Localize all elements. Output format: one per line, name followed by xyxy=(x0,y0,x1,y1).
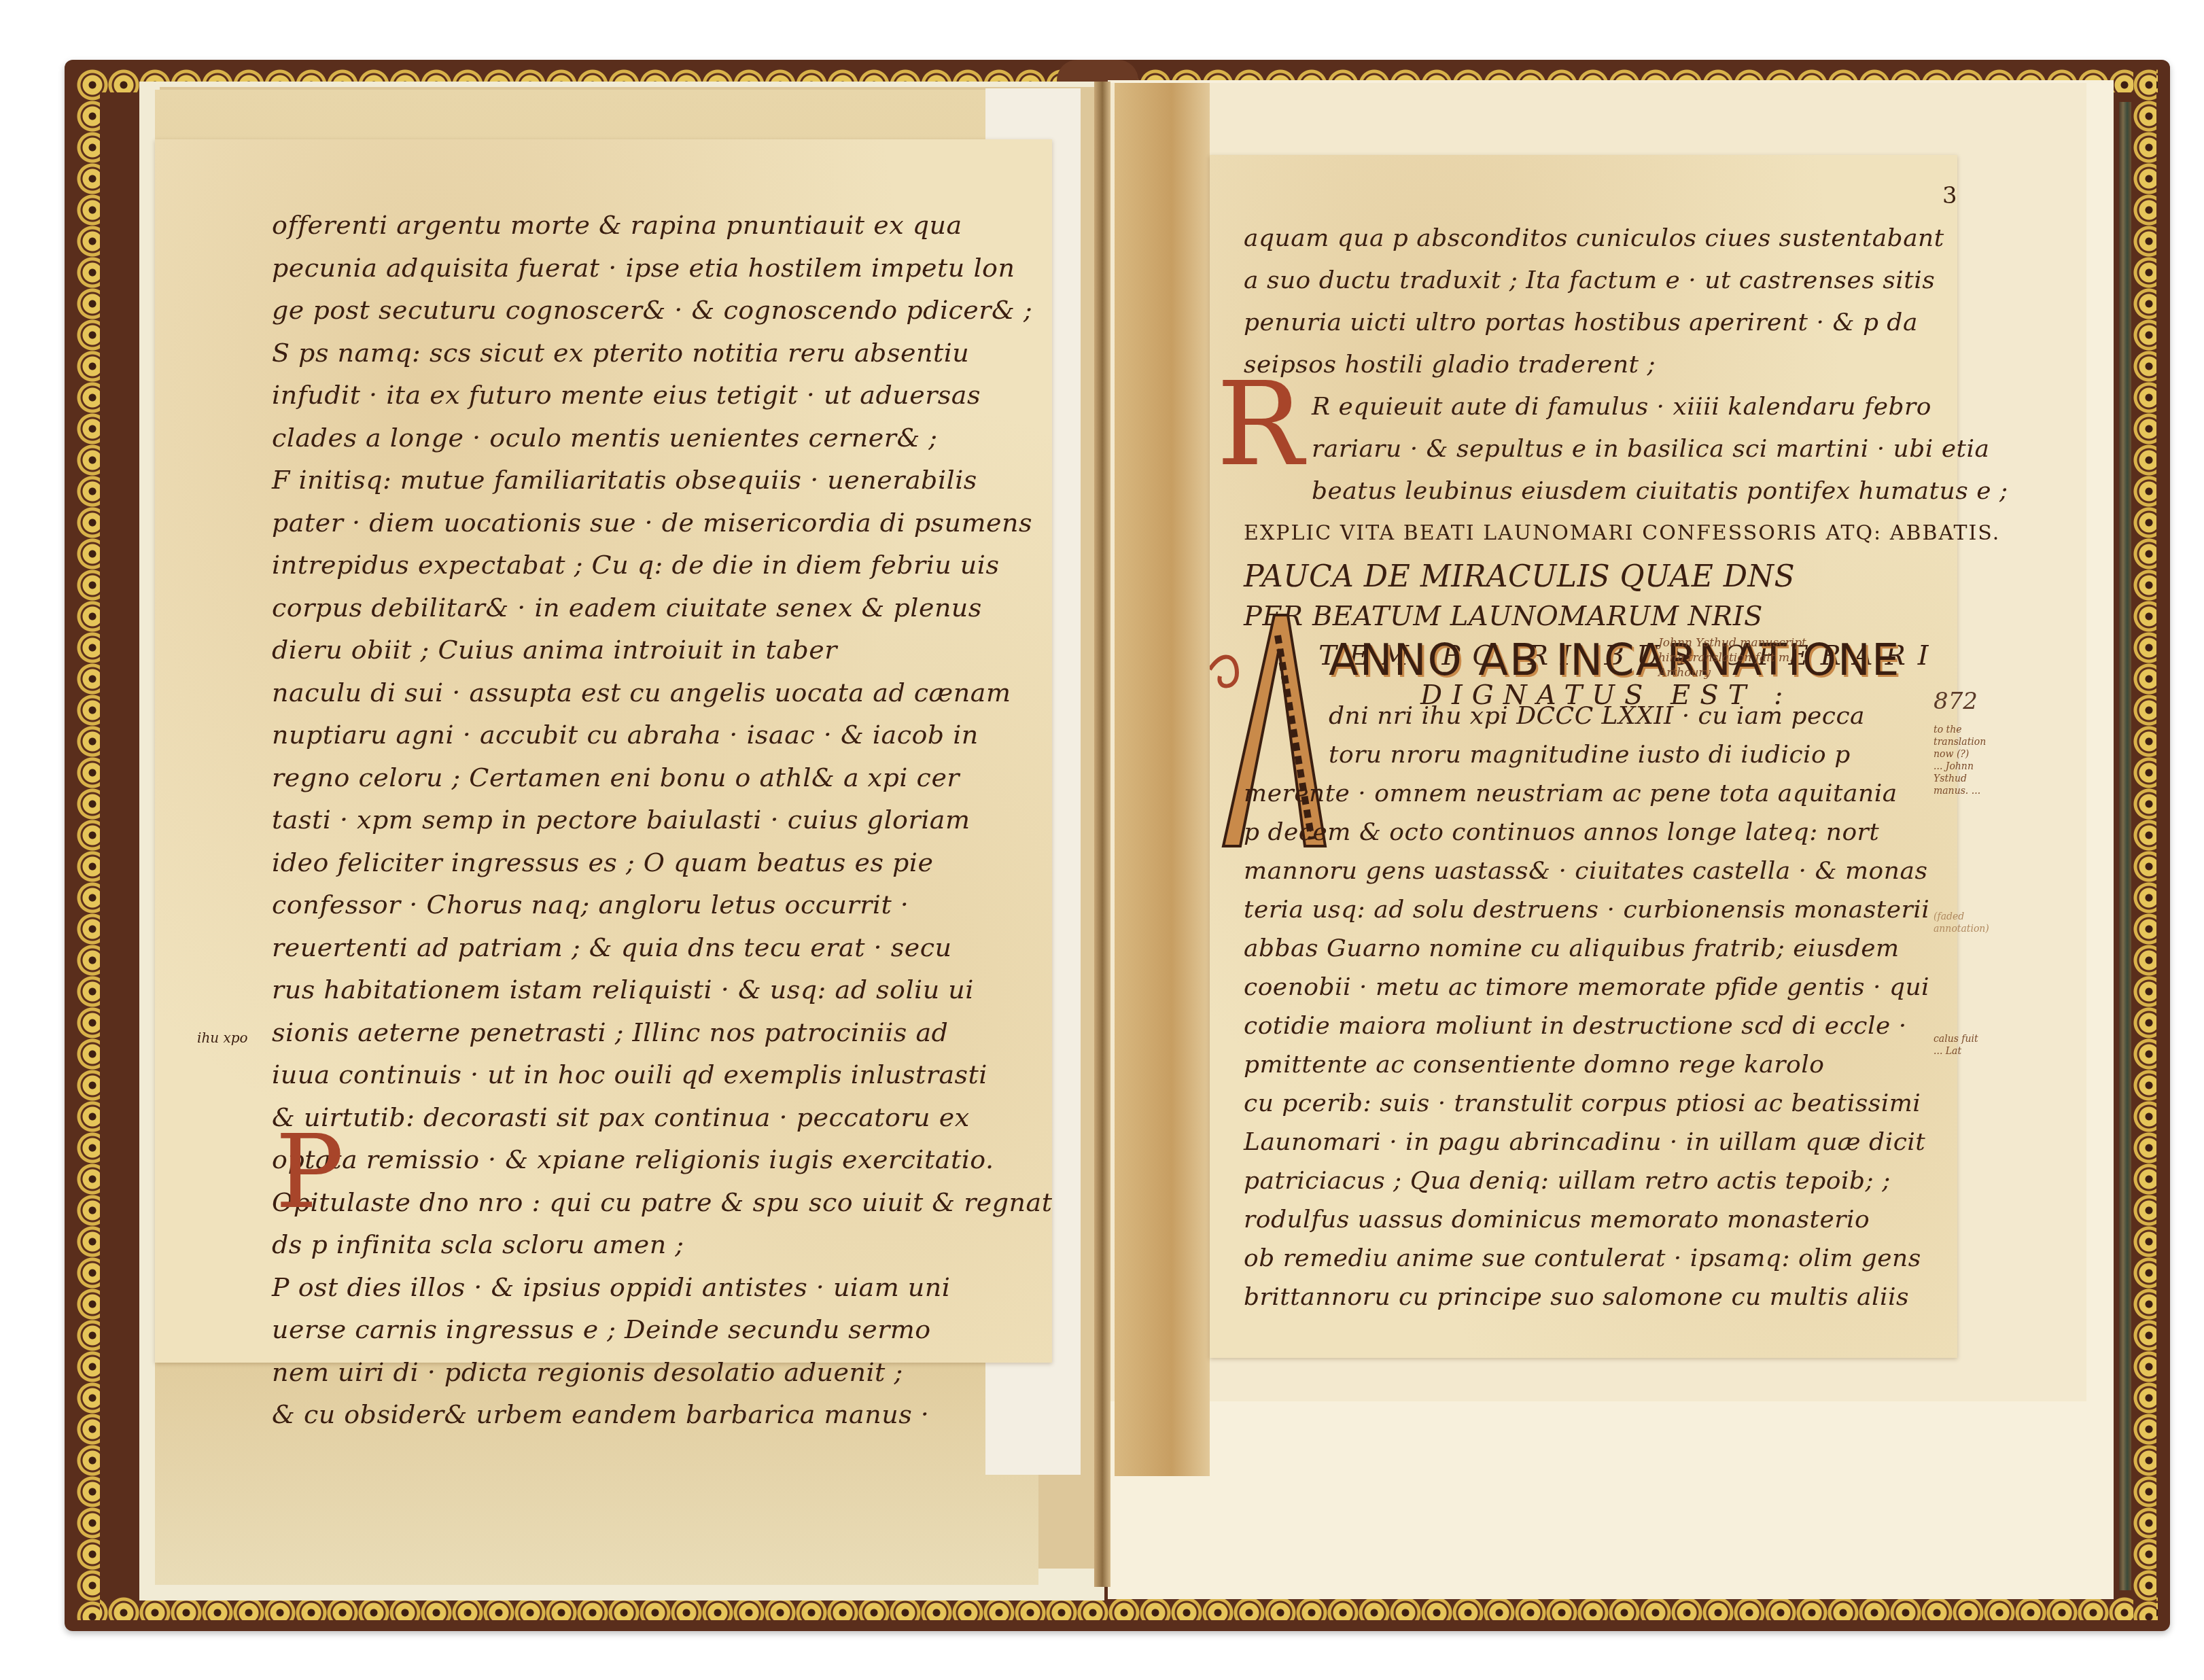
text-line: p decem & octo continuos annos longe lat… xyxy=(1244,813,1929,852)
text-line: coenobii · metu ac timore memorate pfide… xyxy=(1244,968,1929,1007)
text-line: pecunia adquisita fuerat · ipse etia hos… xyxy=(272,247,1053,290)
margin-note-right-3: calus fuit ... Lat xyxy=(1934,1033,1981,1057)
text-line: Launomari · in pagu abrincadinu · in uil… xyxy=(1244,1123,1929,1161)
text-line: offerenti argentu morte & rapina pnuntia… xyxy=(272,204,1053,247)
text-line: pater · diem uocationis sue · de miseric… xyxy=(272,502,1053,544)
text-line: abbas Guarno nomine cu aliquibus fratrib… xyxy=(1244,929,1929,968)
text-line: pmittente ac consentiente domno rege kar… xyxy=(1244,1045,1929,1084)
right-page-text-bottom: dni nri ihu xpi DCCC LXXII · cu iam pecc… xyxy=(1244,697,1929,1316)
text-line: ds p infinita scla scloru amen ; xyxy=(272,1223,1053,1266)
text-line: regno celoru ; Certamen eni bonu o athl&… xyxy=(272,756,1053,799)
gilt-border-left xyxy=(77,69,100,1620)
text-line: aquam qua p absconditos cuniculos ciues … xyxy=(1244,217,2008,260)
explicit-line: EXPLIC VITA BEATI LAUNOMARI CONFESSORIS … xyxy=(1244,512,2008,555)
text-line: teria usq: ad solu destruens · curbionen… xyxy=(1244,890,1929,929)
folio-number: 3 xyxy=(1942,182,1957,209)
text-line: sionis aeterne penetrasti ; Illinc nos p… xyxy=(272,1011,1053,1054)
margin-note-right-1: to the translation now (?) ... Johnn Yst… xyxy=(1934,724,1981,797)
left-page-text: offerenti argentu morte & rapina pnuntia… xyxy=(272,204,1053,1436)
text-line: patriciacus ; Qua deniq: uillam retro ac… xyxy=(1244,1161,1929,1200)
text-line: brittannoru cu principe suo salomone cu … xyxy=(1244,1278,1929,1316)
text-line: nem uiri di · pdicta regionis desolatio … xyxy=(272,1351,1053,1394)
gilt-border-right xyxy=(2133,69,2156,1620)
right-page-text-top: aquam qua p absconditos cuniculos ciues … xyxy=(1244,217,2008,555)
text-line: beatus leubinus eiusdem ciuitatis pontif… xyxy=(1244,470,2008,512)
text-line: seipsos hostili gladio traderent ; xyxy=(1244,344,2008,386)
margin-note-heading: Johnn Ysthud manuscript hing translation… xyxy=(1658,635,1821,680)
gilt-border-bottom xyxy=(77,1597,2158,1620)
text-line: infudit · ita ex futuro mente eius tetig… xyxy=(272,374,1053,417)
text-line: tasti · xpm semp in pectore baiulasti · … xyxy=(272,799,1053,841)
text-line: P ost dies illos · & ipsius oppidi antis… xyxy=(272,1266,1053,1309)
margin-note-left: ihu xpo xyxy=(197,1030,248,1046)
text-line: clades a longe · oculo mentis uenientes … xyxy=(272,417,1053,459)
margin-note-date: 872 xyxy=(1934,693,1978,710)
rubricated-initial-p: P xyxy=(275,1121,344,1223)
gutter xyxy=(1094,82,1110,1587)
rubricated-initial-r: R xyxy=(1217,367,1304,483)
text-line: uerse carnis ingressus e ; Deinde secund… xyxy=(272,1308,1053,1351)
text-line: ob remediu anime sue contulerat · ipsamq… xyxy=(1244,1239,1929,1278)
text-line: Opitulaste dno nro : qui cu patre & spu … xyxy=(272,1181,1053,1224)
text-line: mannoru gens uastass& · ciuitates castel… xyxy=(1244,852,1929,890)
text-line: R equieuit aute di famulus · xiiii kalen… xyxy=(1244,386,2008,428)
text-line: nuptiaru agni · accubit cu abraha · isaa… xyxy=(272,714,1053,756)
text-line: dieru obiit ; Cuius anima introiuit in t… xyxy=(272,629,1053,671)
marbled-edge xyxy=(2119,102,2131,1590)
text-line: rariaru · & sepultus e in basilica sci m… xyxy=(1244,428,2008,470)
text-line: corpus debilitar& · in eadem ciuitate se… xyxy=(272,587,1053,629)
text-line: F initisq: mutue familiaritatis obsequii… xyxy=(272,459,1053,502)
text-line: merente · omnem neustriam ac pene tota a… xyxy=(1244,774,1929,813)
text-line: confessor · Chorus naq; angloru letus oc… xyxy=(272,883,1053,926)
text-line: naculu di sui · assupta est cu angelis u… xyxy=(272,671,1053,714)
margin-note-right-2: (faded annotation) xyxy=(1934,911,1981,935)
rubric-line: PAUCA DE MIRACULIS QUAE DNS xyxy=(1244,557,1941,597)
text-line: & uirtutib: decorasti sit pax continua ·… xyxy=(272,1096,1053,1139)
right-guard-strip xyxy=(1115,83,1210,1476)
text-line: penuria uicti ultro portas hostibus aper… xyxy=(1244,302,2008,344)
text-line: iuua continuis · ut in hoc ouili qd exem… xyxy=(272,1053,1053,1096)
text-line: dni nri ihu xpi DCCC LXXII · cu iam pecc… xyxy=(1244,697,1929,735)
text-line: & cu obsider& urbem eandem barbarica man… xyxy=(272,1393,1053,1436)
text-line: S ps namq: scs sicut ex pterito notitia … xyxy=(272,332,1053,374)
text-line: reuertenti ad patriam ; & quia dns tecu … xyxy=(272,926,1053,969)
text-line: optata remissio · & xpiane religionis iu… xyxy=(272,1138,1053,1181)
text-line: rus habitationem istam reliquisti · & us… xyxy=(272,968,1053,1011)
text-line: a suo ductu traduxit ; Ita factum e · ut… xyxy=(1244,260,2008,302)
text-line: intrepidus expectabat ; Cu q: de die in … xyxy=(272,544,1053,587)
text-line: rodulfus uassus dominicus memorato monas… xyxy=(1244,1200,1929,1239)
text-line: ideo feliciter ingressus es ; O quam bea… xyxy=(272,841,1053,884)
text-line: ge post secuturu cognoscer& · & cognosce… xyxy=(272,289,1053,332)
rubric-line: PER BEATUM LAUNOMARUM NRIS xyxy=(1244,597,1941,636)
text-line: cotidie maiora moliunt in destructione s… xyxy=(1244,1007,1929,1045)
text-line: toru nroru magnitudine iusto di iudicio … xyxy=(1244,735,1929,774)
text-line: cu pcerib: suis · transtulit corpus ptio… xyxy=(1244,1084,1929,1123)
